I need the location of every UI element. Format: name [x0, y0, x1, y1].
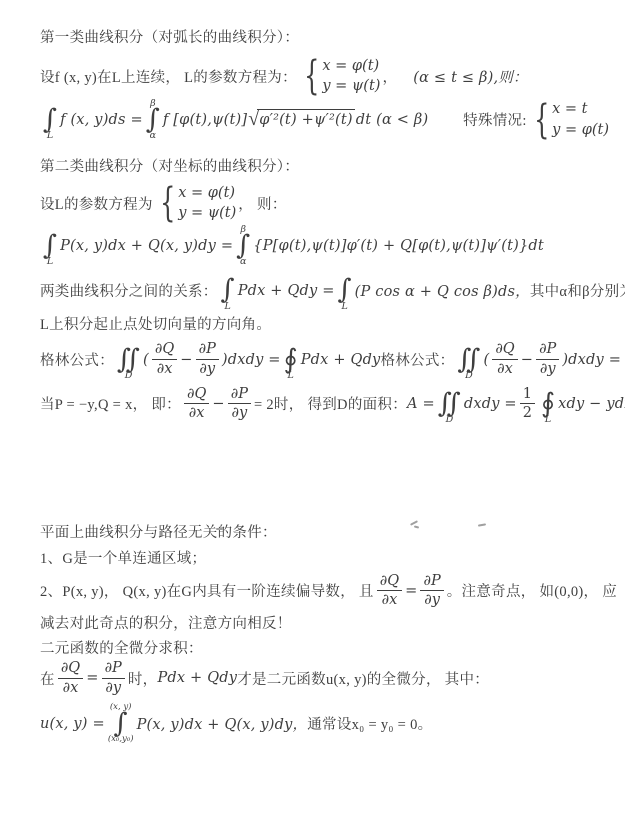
integral-sign-icon: ∫ — [146, 109, 160, 131]
fraction-denominator: ∂x — [497, 360, 513, 378]
fraction-denominator: ∂y — [199, 360, 215, 378]
contour-integral-sign-icon: ∮ — [284, 349, 298, 371]
condition-1-text: 1、G是一个单连通区域； — [40, 547, 206, 568]
area-formula-line: 当P = −y,Q = x， 即： ∂Q ∂x − ∂P ∂y = 2时， 得到… — [40, 383, 611, 425]
fraction-numerator: ∂Q — [58, 660, 83, 679]
integral-lower-limit: L — [545, 415, 551, 425]
cases-rows: x = t y = φ(t) — [552, 99, 609, 140]
type1-formula-integrand: f [φ(t),ψ(t)] — [163, 112, 247, 128]
green-formula-label: 格林公式： — [380, 349, 454, 370]
total-condition-pre: 在 — [40, 668, 55, 689]
double-integral-sign-icon: ∬ — [438, 393, 461, 415]
double-integral-sign-icon: ∬ — [457, 349, 480, 371]
fraction-denominator: ∂y — [424, 591, 440, 609]
double-integral-sign-icon: ∬ — [117, 349, 140, 371]
open-paren: ( — [483, 352, 489, 368]
path-independence-title-line: 平面上曲线积分与路径无关的条件： — [40, 521, 611, 542]
type2-setup-line: 设L的参数方程为 { x = φ(t) y = ψ(t) ， 则： — [40, 183, 611, 224]
open-paren: ( — [143, 352, 149, 368]
total-differential-title: 二元函数的全微分求积： — [40, 637, 203, 658]
partial-dP-dy-fraction: ∂P ∂y — [536, 341, 559, 377]
relation-rhs: (P cos α + Q cos β)ds， — [355, 280, 530, 301]
fraction-denominator: ∂x — [157, 360, 173, 378]
area-middle-text: = 2时， 得到D的面积： — [254, 393, 407, 414]
integral-lower-limit: L — [288, 371, 294, 381]
fraction-denominator: ∂y — [231, 404, 247, 422]
fraction-numerator: 1 — [520, 386, 535, 405]
radicand: φ′²(t) +ψ′²(t) — [257, 109, 355, 128]
integral-lower-limit: D — [125, 371, 133, 381]
green-formula-line: 格林公式： ∬ D ( ∂Q ∂x − ∂P ∂y )dxdy = ∮ L Pd… — [40, 339, 611, 381]
type2-title: 第二类曲线积分（对坐标的曲线积分）： — [40, 155, 299, 176]
partial-dQ-dx-fraction: ∂Q ∂x — [184, 386, 209, 422]
cases-rows: x = φ(t) y = ψ(t) — [178, 183, 236, 224]
integral-sign-icon: ∫ — [236, 235, 250, 257]
equals-sign: = — [86, 670, 98, 686]
type1-setup-comma: ， — [382, 66, 397, 87]
left-brace-icon: { — [534, 103, 549, 137]
integral-lower-limit: (x₀,y₀) — [108, 735, 134, 745]
relation-note: 其中α和β分别为 — [530, 280, 625, 301]
integral-lower-limit: D — [465, 371, 473, 381]
relation-label: 两类曲线积分之间的关系： — [40, 280, 218, 301]
integral-lower-limit: L — [47, 131, 53, 141]
integral-sign-icon: ∫ — [43, 235, 57, 257]
condition-2-note: 。注意奇点， 如(0,0)， 应 — [447, 580, 617, 601]
fraction-denominator: ∂y — [105, 679, 121, 697]
partial-dP-dy-fraction: ∂P ∂y — [420, 573, 443, 609]
area-A-equals: A = — [407, 396, 435, 412]
left-brace-icon: { — [304, 59, 319, 93]
integral-alpha-beta: β ∫ α — [146, 99, 160, 141]
left-brace-icon: { — [160, 186, 175, 220]
path-independence-title: 平面上曲线积分与路径无关的条件： — [40, 521, 277, 542]
case-x-equation: x = φ(t) — [322, 56, 380, 76]
minus-sign: − — [212, 396, 224, 412]
u-function-integrand: P(x, y)dx + Q(x, y)dy， — [137, 713, 308, 734]
scan-artifact — [216, 528, 223, 530]
partial-dQ-dx-fraction: ∂Q ∂x — [58, 660, 83, 696]
condition-2-text: 2、P(x, y)， Q(x, y)在G内具有一阶连续偏导数， 且 — [40, 580, 374, 601]
condition-2-continuation-line: 减去对此奇点的积分，注意方向相反！ — [40, 612, 611, 633]
fraction-numerator: ∂Q — [152, 341, 177, 360]
equals-sign: = — [405, 583, 417, 599]
integral-over-L: ∫ L — [43, 99, 57, 141]
double-integral-over-D: ∬ D — [438, 383, 461, 425]
condition-2-continuation: 减去对此奇点的积分，注意方向相反！ — [40, 612, 292, 633]
green-formula-label: 格林公式： — [40, 349, 114, 370]
type2-formula-lhs: P(x, y)dx + Q(x, y)dy = — [60, 238, 233, 254]
area-formula-tail: xdy − ydx — [558, 396, 625, 412]
partial-dP-dy-fraction: ∂P ∂y — [228, 386, 251, 422]
integral-sign-icon: ∫ — [43, 109, 57, 131]
integral-point-to-point: (x, y) ∫ (x₀,y₀) — [108, 703, 134, 745]
fraction-numerator: ∂P — [196, 341, 219, 360]
fraction-denominator: 2 — [523, 404, 532, 422]
fraction-denominator: ∂x — [382, 591, 398, 609]
total-differential-condition-line: 在 ∂Q ∂x = ∂P ∂y 时， Pdx + Qdy 才是二元函数u(x, … — [40, 660, 611, 696]
green-formula-rhs: Pdx + Qdy — [301, 352, 381, 368]
integral-sign-icon: ∫ — [221, 279, 235, 301]
partial-dQ-dx-fraction: ∂Q ∂x — [377, 573, 402, 609]
case-y-equation: y = ψ(t) — [178, 203, 236, 223]
blank-gap — [40, 425, 611, 521]
close-paren-dxdy: )dxdy = — [562, 352, 621, 368]
integral-over-L: ∫ L — [221, 269, 235, 311]
type1-setup-line: 设f (x, y)在L上连续， L的参数方程为： { x = φ(t) y = … — [40, 56, 611, 97]
area-premise: 当P = −y,Q = x， 即： — [40, 393, 181, 414]
condition-1-line: 1、G是一个单连通区域； — [40, 547, 611, 568]
fraction-denominator: ∂x — [189, 404, 205, 422]
type2-setup-then: ， 则： — [238, 193, 286, 214]
u-function-note: 通常设x₀ = y₀ = 0。 — [307, 713, 432, 734]
minus-sign: − — [180, 352, 192, 368]
area-dxdy-equals: dxdy = — [464, 396, 517, 412]
integral-lower-limit: L — [47, 257, 53, 267]
condition-2-line: 2、P(x, y)， Q(x, y)在G内具有一阶连续偏导数， 且 ∂Q ∂x … — [40, 573, 611, 609]
case-y-equation: y = ψ(t) — [322, 76, 380, 96]
close-paren-dxdy: )dxdy = — [222, 352, 281, 368]
type1-formula-tail: dt (α < β) — [356, 112, 429, 128]
fraction-denominator: ∂y — [540, 360, 556, 378]
fraction-numerator: ∂P — [536, 341, 559, 360]
u-function-lhs: u(x, y) = — [40, 716, 105, 732]
integral-lower-limit: α — [240, 257, 246, 267]
integral-sign-icon: ∫ — [338, 279, 352, 301]
minus-sign: − — [521, 352, 533, 368]
contour-integral-over-L: ∮ L — [284, 339, 298, 381]
total-condition-mid: 时， — [128, 668, 158, 689]
special-case-cases: { x = t y = φ(t) — [529, 99, 609, 140]
double-integral-over-D: ∬ D — [457, 339, 480, 381]
case-y-equation: y = φ(t) — [552, 120, 609, 140]
partial-dQ-dx-fraction: ∂Q ∂x — [152, 341, 177, 377]
type2-formula-rhs: {P[φ(t),ψ(t)]φ′(t) + Q[φ(t),ψ(t)]ψ′(t)}d… — [253, 238, 544, 254]
u-function-formula-line: u(x, y) = (x, y) ∫ (x₀,y₀) P(x, y)dx + Q… — [40, 703, 611, 745]
case-x-equation: x = φ(t) — [178, 183, 236, 203]
double-integral-over-D: ∬ D — [117, 339, 140, 381]
partial-dP-dy-fraction: ∂P ∂y — [196, 341, 219, 377]
integral-sign-icon: ∫ — [114, 713, 128, 735]
type1-setup-text: 设f (x, y)在L上连续， L的参数方程为： — [40, 66, 297, 87]
type1-formula-line: ∫ L f (x, y)ds = β ∫ α f [φ(t),ψ(t)] √ φ… — [40, 99, 611, 141]
fraction-numerator: ∂P — [228, 386, 251, 405]
relation-line: 两类曲线积分之间的关系： ∫ L Pdx + Qdy = ∫ L (P cos … — [40, 269, 611, 311]
integral-alpha-beta: β ∫ α — [236, 225, 250, 267]
integral-lower-limit: D — [446, 415, 454, 425]
type2-title-line: 第二类曲线积分（对坐标的曲线积分）： — [40, 155, 611, 176]
contour-integral-sign-icon: ∮ — [541, 393, 555, 415]
integral-over-L: ∫ L — [43, 225, 57, 267]
type1-title-line: 第一类曲线积分（对弧长的曲线积分）： — [40, 26, 611, 47]
integral-over-L: ∫ L — [338, 269, 352, 311]
partial-dQ-dx-fraction: ∂Q ∂x — [492, 341, 517, 377]
type1-formula-lhs: f (x, y)ds = — [60, 112, 143, 128]
fraction-numerator: ∂Q — [184, 386, 209, 405]
integral-lower-limit: α — [150, 131, 156, 141]
fraction-numerator: ∂P — [102, 660, 125, 679]
relation-lhs: Pdx + Qdy = — [238, 283, 335, 299]
square-root-expression: √ φ′²(t) +ψ′²(t) — [248, 109, 355, 130]
document-page: 第一类曲线积分（对弧长的曲线积分）： 设f (x, y)在L上连续， L的参数方… — [0, 0, 625, 830]
integral-lower-limit: L — [341, 302, 347, 312]
fraction-numerator: ∂P — [420, 573, 443, 592]
total-condition-post: 才是二元函数u(x, y)的全微分， 其中： — [237, 668, 489, 689]
total-differential-title-line: 二元函数的全微分求积： — [40, 637, 611, 658]
integral-lower-limit: L — [224, 302, 230, 312]
fraction-numerator: ∂Q — [377, 573, 402, 592]
partial-dP-dy-fraction: ∂P ∂y — [102, 660, 125, 696]
cases-rows: x = φ(t) y = ψ(t) — [322, 56, 380, 97]
case-x-equation: x = t — [552, 99, 609, 119]
one-half-fraction: 1 2 — [520, 386, 535, 422]
total-condition-Pdx-Qdy: Pdx + Qdy — [157, 670, 237, 686]
type1-parameter-range: (α ≤ t ≤ β),则： — [413, 66, 527, 87]
type1-parametric-cases: { x = φ(t) y = ψ(t) — [299, 56, 381, 97]
fraction-denominator: ∂x — [63, 679, 79, 697]
special-case-label: 特殊情况: — [463, 109, 527, 130]
relation-continuation: L上积分起止点处切向量的方向角。 — [40, 313, 271, 334]
contour-integral-over-L: ∮ L — [541, 383, 555, 425]
type2-setup-text: 设L的参数方程为 — [40, 193, 153, 214]
type2-formula-line: ∫ L P(x, y)dx + Q(x, y)dy = β ∫ α {P[φ(t… — [40, 225, 611, 267]
fraction-numerator: ∂Q — [492, 341, 517, 360]
type2-parametric-cases: { x = φ(t) y = ψ(t) — [155, 183, 237, 224]
type1-title: 第一类曲线积分（对弧长的曲线积分）： — [40, 26, 299, 47]
relation-continuation-line: L上积分起止点处切向量的方向角。 — [40, 313, 611, 334]
